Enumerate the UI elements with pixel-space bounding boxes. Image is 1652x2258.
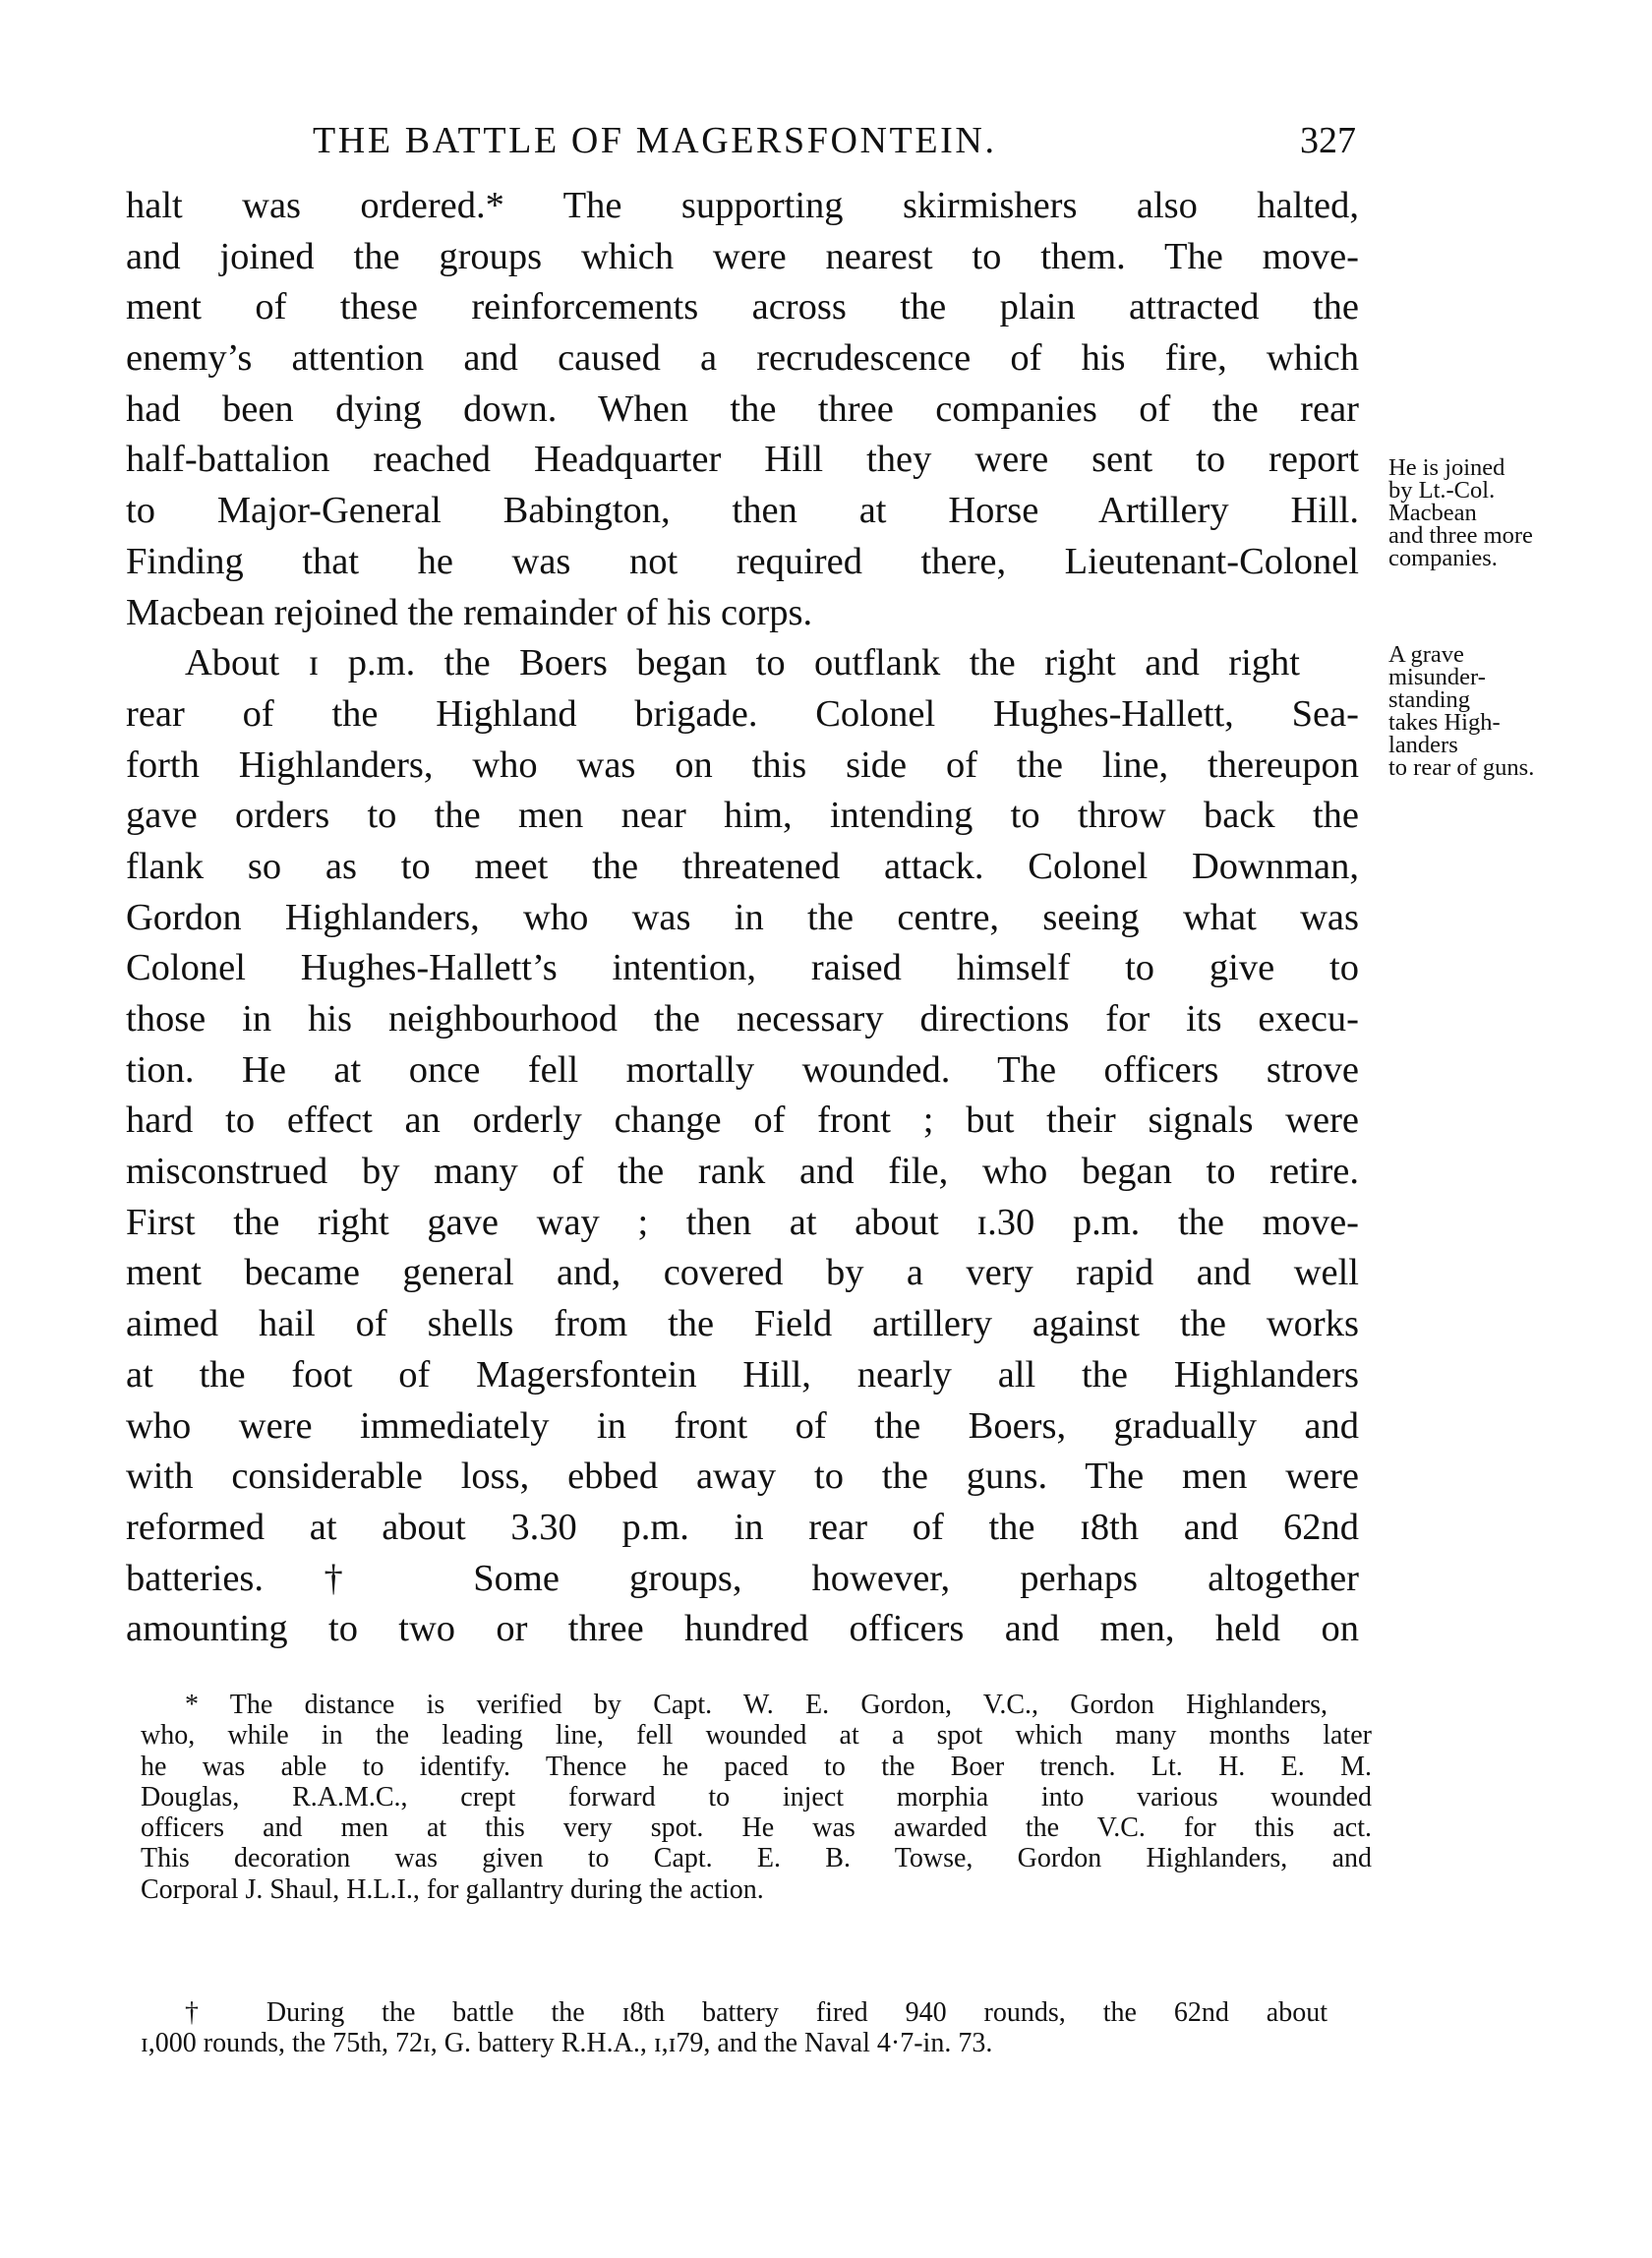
sidenote-line: and three more (1388, 524, 1644, 547)
sidenote-line: by Lt.-Col. (1388, 479, 1644, 502)
footnote-line: who, while in the leading line, fell wou… (141, 1720, 1372, 1751)
sidenote-line: A grave (1388, 643, 1644, 666)
footnote-line: * The distance is verified by Capt. W. E… (141, 1690, 1372, 1720)
body-line: those in his neighbourhood the necessary… (126, 994, 1359, 1045)
footnote-line: This decoration was given to Capt. E. B.… (141, 1843, 1372, 1873)
body-line: amounting to two or three hundred office… (126, 1604, 1359, 1655)
body-line: and joined the groups which were nearest… (126, 232, 1359, 283)
body-line: batteries.† Some groups, however, perhap… (126, 1554, 1359, 1605)
sidenote-line: Macbean (1388, 502, 1644, 524)
footnote-line: ɪ,000 rounds, the 75th, 72ɪ, G. battery … (141, 2028, 1372, 2058)
footnote-line: Douglas, R.A.M.C., crept forward to inje… (141, 1782, 1372, 1812)
body-line: gave orders to the men near him, intendi… (126, 791, 1359, 842)
body-line: flank so as to meet the threatened attac… (126, 842, 1359, 893)
book-page: THE BATTLE OF MAGERSFONTEIN. 327 halt wa… (0, 0, 1652, 2258)
sidenote-line: companies. (1388, 547, 1644, 569)
body-line: tion. He at once fell mortally wounded. … (126, 1045, 1359, 1097)
sidenote-line: He is joined (1388, 456, 1644, 479)
body-line: who were immediately in front of the Boe… (126, 1401, 1359, 1453)
footnote-line: officers and men at this very spot. He w… (141, 1812, 1372, 1843)
body-line: to Major-General Babington, then at Hors… (126, 486, 1359, 537)
sidenote-grave-misunderstanding: A grave misunder- standing takes High- l… (1388, 643, 1644, 779)
body-line: halt was ordered.* The supporting skirmi… (126, 181, 1359, 232)
body-line: Macbean rejoined the remainder of his co… (126, 588, 1359, 639)
body-line: ment of these reinforcements across the … (126, 282, 1359, 333)
running-header: THE BATTLE OF MAGERSFONTEIN. 327 (313, 116, 1355, 165)
sidenote-line: misunder- (1388, 666, 1644, 688)
body-line: forth Highlanders, who was on this side … (126, 741, 1359, 792)
sidenote-line: landers (1388, 734, 1644, 756)
body-text: halt was ordered.* The supporting skirmi… (126, 181, 1359, 1655)
body-line: hard to effect an orderly change of fron… (126, 1096, 1359, 1147)
footnote-line: † During the battle the ɪ8th battery fir… (141, 1997, 1372, 2028)
body-line: First the right gave way ; then at about… (126, 1198, 1359, 1249)
body-line: rear of the Highland brigade. Colonel Hu… (126, 689, 1359, 741)
footnote-line: he was able to identify. Thence he paced… (141, 1752, 1372, 1782)
paragraph-start-line: About ɪ p.m. the Boers began to outflank… (126, 638, 1359, 689)
body-line: reformed at about 3.30 p.m. in rear of t… (126, 1503, 1359, 1554)
body-line: ment became general and, covered by a ve… (126, 1248, 1359, 1299)
sidenote-line: standing (1388, 688, 1644, 711)
footnote-dagger: † During the battle the ɪ8th battery fir… (141, 1997, 1372, 2059)
page-number: 327 (1300, 116, 1356, 165)
body-line: Colonel Hughes-Hallett’s intention, rais… (126, 943, 1359, 994)
sidenote-joined-by-macbean: He is joined by Lt.-Col. Macbean and thr… (1388, 456, 1644, 569)
body-line: enemy’s attention and caused a recrudesc… (126, 333, 1359, 385)
body-line: half-battalion reached Headquarter Hill … (126, 435, 1359, 486)
footnote-asterisk: * The distance is verified by Capt. W. E… (141, 1690, 1372, 1905)
footnote-line: Corporal J. Shaul, H.L.I., for gallantry… (141, 1874, 1372, 1905)
body-line: aimed hail of shells from the Field arti… (126, 1299, 1359, 1350)
body-line: Finding that he was not required there, … (126, 537, 1359, 588)
body-line: with considerable loss, ebbed away to th… (126, 1452, 1359, 1503)
sidenote-line: to rear of guns. (1388, 756, 1644, 779)
running-title: THE BATTLE OF MAGERSFONTEIN. (313, 116, 997, 165)
body-line: misconstrued by many of the rank and fil… (126, 1147, 1359, 1198)
body-line: Gordon Highlanders, who was in the centr… (126, 893, 1359, 944)
body-line: at the foot of Magersfontein Hill, nearl… (126, 1350, 1359, 1401)
body-line: had been dying down. When the three comp… (126, 385, 1359, 436)
sidenote-line: takes High- (1388, 711, 1644, 734)
